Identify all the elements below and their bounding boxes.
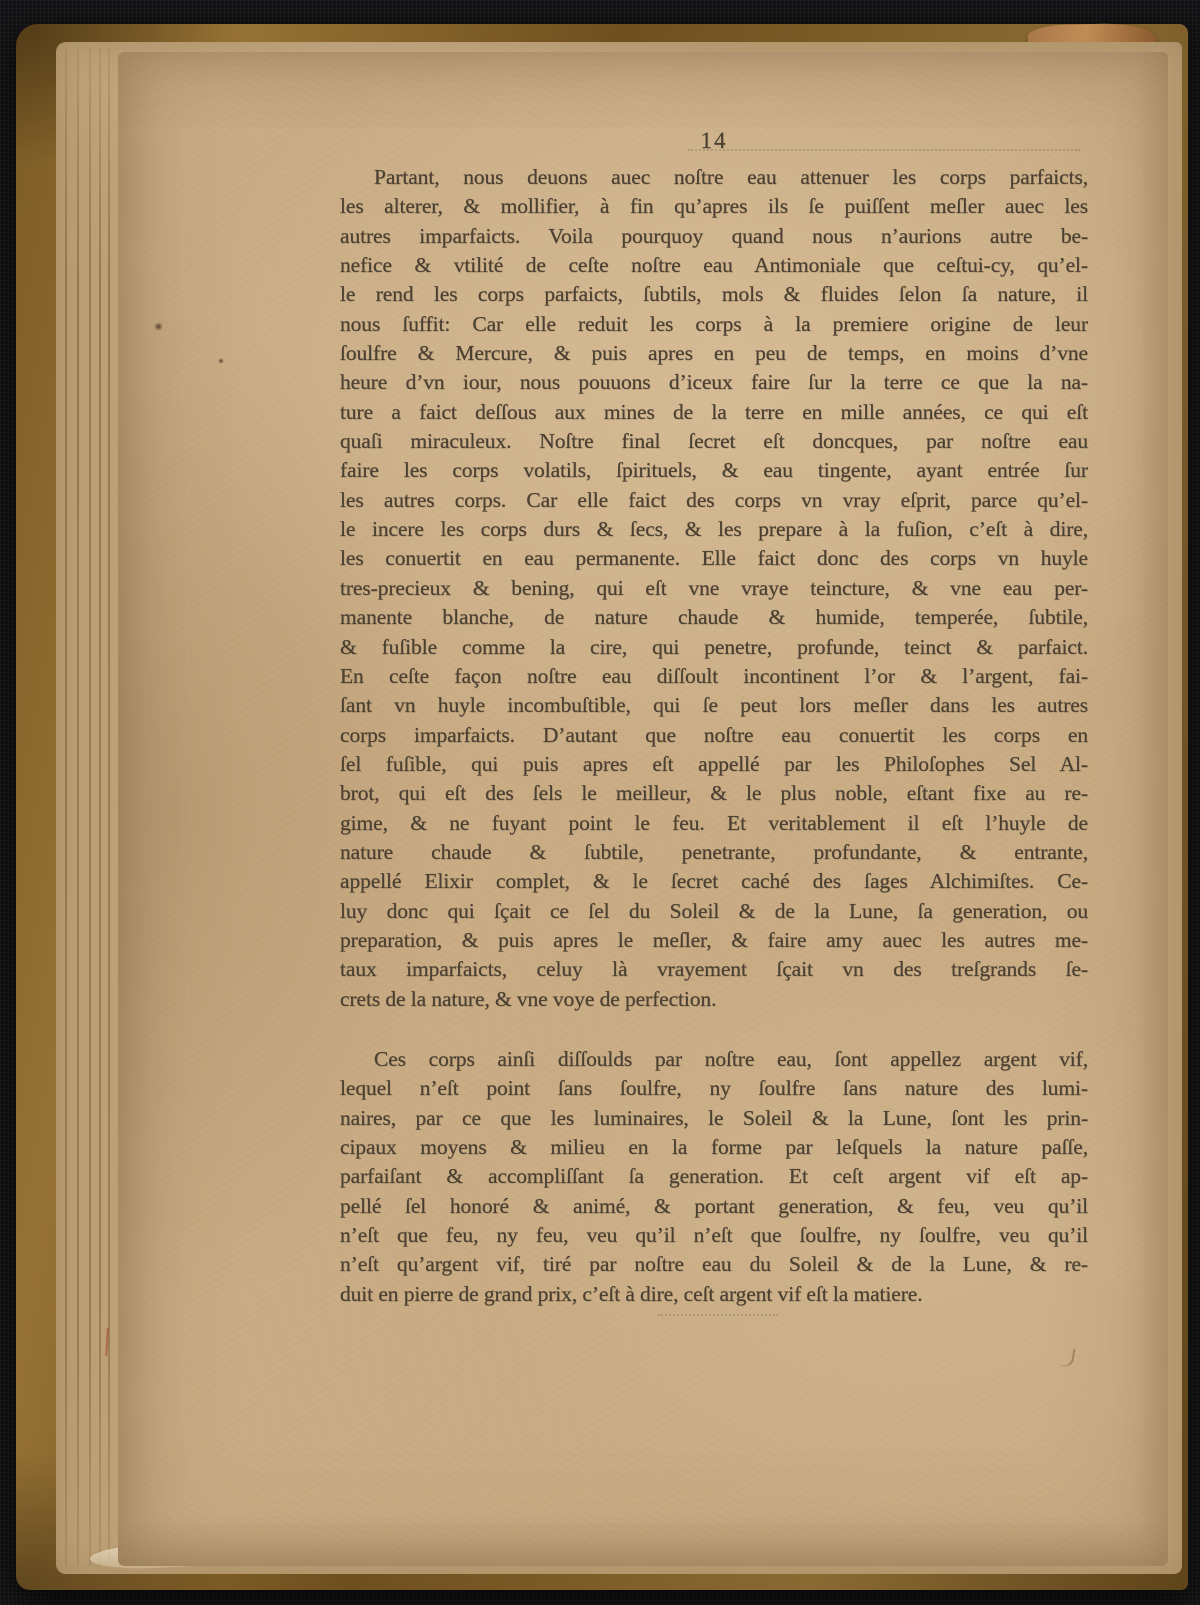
text-line: quaſi miraculeux. Noſtre final ſecret eſ… <box>340 427 1088 456</box>
text-line: heure d’vn iour, nous pouuons d’iceux fa… <box>340 368 1088 397</box>
paragraph-2: Ces corps ainſi diſſoulds par noſtre eau… <box>340 1045 1088 1309</box>
text-line: pellé ſel honoré & animé, & portant gene… <box>340 1192 1088 1221</box>
text-line: taux imparfaicts, celuy là vrayement ſça… <box>340 955 1088 984</box>
text-line: les alterer, & mollifier, à fin qu’apres… <box>340 192 1088 221</box>
photo-backdrop: { "document": { "page_number": "14", "pa… <box>0 0 1200 1605</box>
text-line: lequel n’eſt point ſans ſoulfre, ny ſoul… <box>340 1074 1088 1103</box>
text-line: n’eſt qu’argent vif, tiré par noſtre eau… <box>340 1250 1088 1279</box>
text-line: parfaiſant & accompliſſant ſa generation… <box>340 1162 1088 1191</box>
page-edge-line <box>99 48 101 1566</box>
text-line: cipaux moyens & milieu en la forme par l… <box>340 1133 1088 1162</box>
ink-spot <box>154 322 163 331</box>
text-line: autres imparfaicts. Voila pourquoy quand… <box>340 222 1088 251</box>
text-line: crets de la nature, & vne voye de perfec… <box>340 985 1088 1014</box>
text-line: ſant vn huyle incombuſtible, qui ſe peut… <box>340 691 1088 720</box>
text-line: ſel fuſible, qui puis apres eſt appellé … <box>340 750 1088 779</box>
text-line: luy donc qui ſçait ce ſel du Soleil & de… <box>340 897 1088 926</box>
page-number: 14 <box>340 128 1088 154</box>
text-line: ſoulfre & Mercure, & puis apres en peu d… <box>340 339 1088 368</box>
book-page: 14 Partant, nous deuons auec noſtre eau … <box>118 52 1168 1566</box>
text-line: les conuertit en eau permanente. Elle fa… <box>340 544 1088 573</box>
text-line: brot, qui eſt des ſels le meilleur, & le… <box>340 779 1088 808</box>
ink-spot <box>218 358 224 364</box>
text-line: nous ſuffit: Car elle reduit les corps à… <box>340 310 1088 339</box>
text-line: le incere les corps durs & ſecs, & les p… <box>340 515 1088 544</box>
text-line: nefice & vtilité de ceſte noſtre eau Ant… <box>340 251 1088 280</box>
paragraph-1: Partant, nous deuons auec noſtre eau att… <box>340 163 1088 1014</box>
text-line: les autres corps. Car elle faict des cor… <box>340 486 1088 515</box>
text-line: faire les corps volatils, ſpirituels, & … <box>340 456 1088 485</box>
text-line: tres-precieux & bening, qui eſt vne vray… <box>340 574 1088 603</box>
text-line: Ces corps ainſi diſſoulds par noſtre eau… <box>340 1045 1088 1074</box>
text-line: manente blanche, de nature chaude & humi… <box>340 603 1088 632</box>
text-line: le rend les corps parfaicts, ſubtils, mo… <box>340 280 1088 309</box>
text-line: appellé Elixir complet, & le ſecret cach… <box>340 867 1088 896</box>
text-line: duit en pierre de grand prix, c’eſt à di… <box>340 1280 1088 1309</box>
text-line: En ceſte façon noſtre eau diſſoult incon… <box>340 662 1088 691</box>
page-stack: 14 Partant, nous deuons auec noſtre eau … <box>56 42 1182 1574</box>
text-line: n’eſt que feu, ny feu, veu qu’il n’eſt q… <box>340 1221 1088 1250</box>
ink-smudge <box>1061 1347 1076 1368</box>
text-line: nature chaude & ſubtile, penetrante, pro… <box>340 838 1088 867</box>
page-edge-line <box>89 48 91 1566</box>
page-edge-line <box>77 48 79 1566</box>
text-block: 14 Partant, nous deuons auec noſtre eau … <box>340 128 1088 1309</box>
text-line: naires, par ce que les luminaires, le So… <box>340 1104 1088 1133</box>
text-line: corps imparfaicts. D’autant que noſtre e… <box>340 721 1088 750</box>
print-artifact-line <box>658 1314 778 1316</box>
page-edge-line <box>65 48 67 1566</box>
text-line: preparation, & puis apres le meſler, & f… <box>340 926 1088 955</box>
text-line: gime, & ne fuyant point le feu. Et verit… <box>340 809 1088 838</box>
book: 14 Partant, nous deuons auec noſtre eau … <box>16 24 1188 1590</box>
text-line: Partant, nous deuons auec noſtre eau att… <box>340 163 1088 192</box>
page-edge-line <box>108 48 110 1566</box>
text-line: ture a faict deſſous aux mines de la ter… <box>340 398 1088 427</box>
text-line: & fuſible comme la cire, qui penetre, pr… <box>340 633 1088 662</box>
